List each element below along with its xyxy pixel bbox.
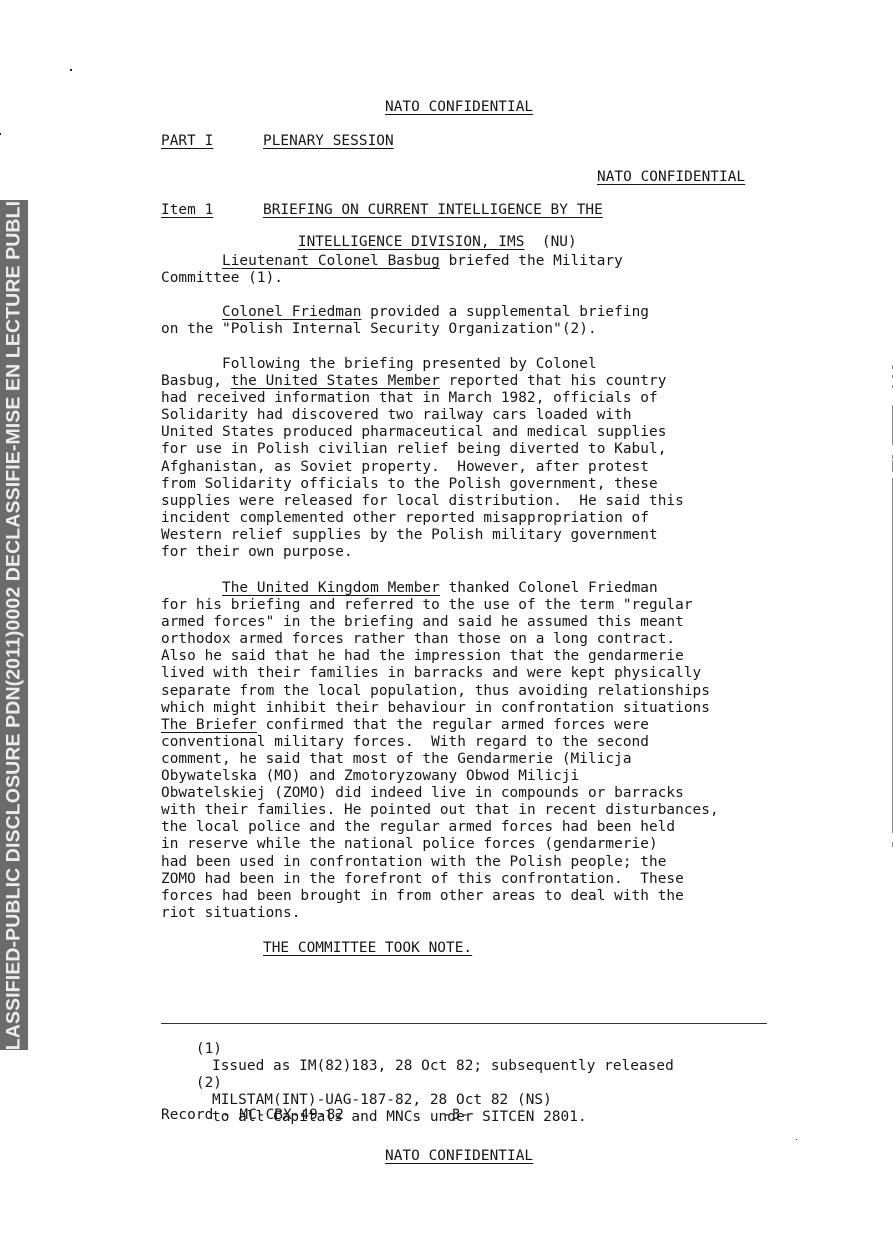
paragraph-4: The United Kingdom Member thanked Colone… xyxy=(161,580,841,922)
scan-speck xyxy=(796,1139,797,1140)
paragraph-line: United States produced pharmaceutical an… xyxy=(161,424,841,441)
record-reference: Record - MC-CBX-49-82 xyxy=(161,1107,344,1123)
paragraph-line: Obywatelska (MO) and Zmotoryzowany Obwod… xyxy=(161,768,841,785)
paragraph-line: the local police and the regular armed f… xyxy=(161,819,841,836)
paragraph-line: lived with their families in barracks an… xyxy=(161,665,841,682)
paragraph-line: with their families. He pointed out that… xyxy=(161,802,841,819)
speaker-name: Lieutenant Colonel Basbug xyxy=(222,253,440,269)
paragraph-line: armed forces" in the briefing and said h… xyxy=(161,614,841,631)
footnote-2-text: MILSTAM(INT)-UAG-187-82, 28 Oct 82 (NS) xyxy=(212,1058,552,1143)
paragraph-line: Also he said that he had the impression … xyxy=(161,648,841,665)
paragraph-line: from Solidarity officials to the Polish … xyxy=(161,476,841,493)
paragraph-line: forces had been brought in from other ar… xyxy=(161,888,841,905)
paragraph-line: for their own purpose. xyxy=(161,544,841,561)
paragraph-line: Obwatelskiej (ZOMO) did indeed live in c… xyxy=(161,785,841,802)
banner-text: DECLASSIFIED-PUBLIC DISCLOSURE PDN(2011)… xyxy=(3,200,26,1050)
paragraph-line: had received information that in March 1… xyxy=(161,390,841,407)
paragraph-line: for use in Polish civilian relief being … xyxy=(161,441,841,458)
paragraph-line: in reserve while the national police for… xyxy=(161,836,841,853)
paragraph-line: Lieutenant Colonel Basbug briefed the Mi… xyxy=(161,253,841,270)
paragraph-line: conventional military forces. With regar… xyxy=(161,734,841,751)
indent xyxy=(161,580,222,596)
indent xyxy=(161,356,222,372)
committee-decision: THE COMMITTEE TOOK NOTE. xyxy=(263,940,472,956)
paragraph-line: Western relief supplies by the Polish mi… xyxy=(161,527,841,544)
classification-top: NATO CONFIDENTIAL xyxy=(385,99,533,115)
line-text: provided a supplemental briefing xyxy=(361,304,649,320)
paragraph-line: separate from the local population, thus… xyxy=(161,683,841,700)
paragraph-line: Solidarity had discovered two railway ca… xyxy=(161,407,841,424)
paragraph-line: Basbug, the United States Member reporte… xyxy=(161,373,841,390)
part-title: PLENARY SESSION xyxy=(263,133,394,149)
line-text: thanked Colonel Friedman xyxy=(440,580,658,596)
line-text: confirmed that the regular armed forces … xyxy=(257,717,649,733)
line-prefix: Basbug, xyxy=(161,373,231,389)
item-label: Item 1 xyxy=(161,202,213,218)
speaker-name: the United States Member xyxy=(231,373,440,389)
paragraph-line: supplies were released for local distrib… xyxy=(161,493,841,510)
paragraph-1: Lieutenant Colonel Basbug briefed the Mi… xyxy=(161,253,841,287)
paragraph-3: Following the briefing presented by Colo… xyxy=(161,356,841,561)
item-marking: (NU) xyxy=(542,234,577,250)
scan-speck xyxy=(0,133,1,135)
speaker-name: Colonel Friedman xyxy=(222,304,361,320)
paragraph-line: Colonel Friedman provided a supplemental… xyxy=(161,304,841,321)
line-text: reported that his country xyxy=(440,373,667,389)
scan-speck xyxy=(70,69,72,71)
part-label: PART I xyxy=(161,133,213,149)
paragraph-line: Following the briefing presented by Colo… xyxy=(161,356,841,373)
item-title-line2: INTELLIGENCE DIVISION, IMS xyxy=(298,234,525,250)
paragraph-line: The United Kingdom Member thanked Colone… xyxy=(161,580,841,597)
indent xyxy=(161,304,222,320)
paragraph-2: Colonel Friedman provided a supplemental… xyxy=(161,304,841,338)
paragraph-line: for his briefing and referred to the use… xyxy=(161,597,841,614)
indent xyxy=(161,253,222,269)
paragraph-line: on the "Polish Internal Security Organiz… xyxy=(161,321,841,338)
paragraph-line: Committee (1). xyxy=(161,270,841,287)
classification-bottom: NATO CONFIDENTIAL xyxy=(385,1148,533,1164)
declassification-banner: DECLASSIFIED-PUBLIC DISCLOSURE PDN(2011)… xyxy=(0,200,28,1050)
paragraph-line: The Briefer confirmed that the regular a… xyxy=(161,717,841,734)
paragraph-line: incident complemented other reported mis… xyxy=(161,510,841,527)
classification-right: NATO CONFIDENTIAL xyxy=(597,169,745,185)
page-number: -3- xyxy=(443,1107,469,1123)
paragraph-line: comment, he said that most of the Gendar… xyxy=(161,751,841,768)
paragraph-line: riot situations. xyxy=(161,905,841,922)
item-title-spacer xyxy=(524,234,541,250)
document-page: DECLASSIFIED-PUBLIC DISCLOSURE PDN(2011)… xyxy=(0,0,893,1251)
speaker-name: The United Kingdom Member xyxy=(222,580,440,596)
line-text: Following the briefing presented by Colo… xyxy=(222,356,597,372)
speaker-name: The Briefer xyxy=(161,717,257,733)
paragraph-line: orthodox armed forces rather than those … xyxy=(161,631,841,648)
paragraph-line: ZOMO had been in the forefront of this c… xyxy=(161,871,841,888)
item-title-line1: BRIEFING ON CURRENT INTELLIGENCE BY THE xyxy=(263,202,603,218)
paragraph-line: Afghanistan, as Soviet property. However… xyxy=(161,459,841,476)
line-text: briefed the Military xyxy=(440,253,623,269)
paragraph-line: had been used in confrontation with the … xyxy=(161,854,841,871)
paragraph-line: which might inhibit their behaviour in c… xyxy=(161,700,841,717)
